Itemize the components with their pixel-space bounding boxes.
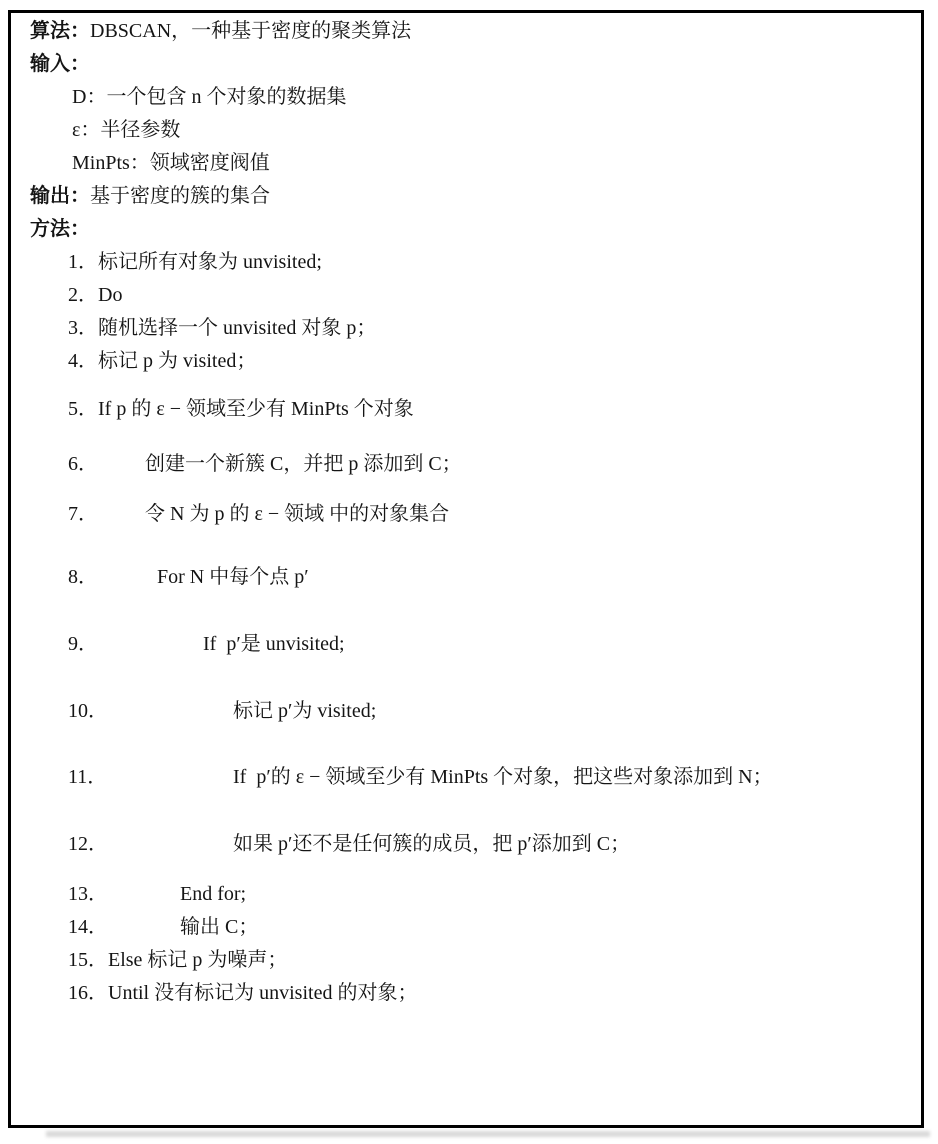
output-section: 输出：基于密度的簇的集合 bbox=[30, 180, 910, 213]
step-number: 13． bbox=[68, 878, 180, 911]
method-step-14: 14．输出 C； bbox=[30, 911, 910, 944]
method-step-6: 6．创建一个新簇 C，并把 p 添加到 C； bbox=[30, 448, 910, 481]
step-number: 1． bbox=[68, 246, 98, 279]
input-item-minpts: MinPts：领域密度阀值 bbox=[30, 147, 910, 180]
step-text: If p 的 ε − 领域至少有 MinPts 个对象 bbox=[98, 398, 414, 420]
step-text: 标记所有对象为 unvisited; bbox=[98, 251, 322, 273]
step-number: 11． bbox=[68, 761, 233, 794]
step-text: 令 N 为 p 的 ε − 领域 中的对象集合 bbox=[145, 503, 449, 525]
method-step-3: 3．随机选择一个 unvisited 对象 p； bbox=[30, 312, 910, 345]
step-text: 如果 p′还不是任何簇的成员，把 p′添加到 C； bbox=[233, 833, 630, 855]
output-label: 输出： bbox=[30, 185, 90, 207]
step-number: 5． bbox=[68, 393, 98, 426]
step-number: 6． bbox=[68, 448, 145, 481]
step-text: Do bbox=[98, 284, 122, 306]
method-section-label: 方法： bbox=[30, 213, 910, 246]
step-text: 创建一个新簇 C，并把 p 添加到 C； bbox=[145, 453, 462, 475]
method-step-5: 5．If p 的 ε − 领域至少有 MinPts 个对象 bbox=[30, 393, 910, 426]
step-number: 8． bbox=[68, 561, 157, 594]
method-step-16: 16．Until 没有标记为 unvisited 的对象； bbox=[30, 977, 910, 1010]
step-number: 10． bbox=[68, 695, 233, 728]
step-number: 12． bbox=[68, 828, 233, 861]
step-text: 标记 p 为 visited； bbox=[98, 350, 256, 372]
method-step-10: 10．标记 p′为 visited; bbox=[30, 695, 910, 728]
algorithm-title: 算法：DBSCAN，一种基于密度的聚类算法 bbox=[30, 15, 910, 48]
step-number: 3． bbox=[68, 312, 98, 345]
method-step-2: 2．Do bbox=[30, 279, 910, 312]
method-step-12: 12．如果 p′还不是任何簇的成员，把 p′添加到 C； bbox=[30, 828, 910, 861]
step-text: 输出 C； bbox=[180, 916, 258, 938]
method-step-9: 9．If p′是 unvisited; bbox=[30, 628, 910, 661]
algorithm-document: 算法：DBSCAN，一种基于密度的聚类算法 输入： D：一个包含 n 个对象的数… bbox=[30, 15, 910, 1010]
input-item-epsilon: ε：半径参数 bbox=[30, 114, 910, 147]
step-number: 16． bbox=[68, 977, 108, 1010]
method-step-15: 15．Else 标记 p 为噪声； bbox=[30, 944, 910, 977]
step-text: 随机选择一个 unvisited 对象 p； bbox=[98, 317, 376, 339]
box-bottom-shadow bbox=[46, 1131, 930, 1137]
step-text: End for; bbox=[180, 883, 246, 905]
step-text: If p′是 unvisited; bbox=[203, 633, 345, 655]
method-step-4: 4．标记 p 为 visited； bbox=[30, 345, 910, 378]
step-number: 2． bbox=[68, 279, 98, 312]
step-number: 15． bbox=[68, 944, 108, 977]
step-text: Until 没有标记为 unvisited 的对象； bbox=[108, 982, 417, 1004]
method-step-13: 13．End for; bbox=[30, 878, 910, 911]
step-number: 4． bbox=[68, 345, 98, 378]
step-text: 标记 p′为 visited; bbox=[233, 700, 376, 722]
method-step-8: 8．For N 中每个点 p′ bbox=[30, 561, 910, 594]
step-text: For N 中每个点 p′ bbox=[157, 566, 309, 588]
algorithm-title-text: DBSCAN，一种基于密度的聚类算法 bbox=[90, 20, 411, 42]
input-item-dataset: D：一个包含 n 个对象的数据集 bbox=[30, 81, 910, 114]
algorithm-title-label: 算法： bbox=[30, 20, 90, 42]
output-text: 基于密度的簇的集合 bbox=[90, 185, 270, 207]
method-step-1: 1．标记所有对象为 unvisited; bbox=[30, 246, 910, 279]
input-section-label: 输入： bbox=[30, 48, 910, 81]
step-text: If p′的 ε − 领域至少有 MinPts 个对象，把这些对象添加到 N； bbox=[233, 766, 773, 788]
step-text: Else 标记 p 为噪声； bbox=[108, 949, 287, 971]
method-step-7: 7．令 N 为 p 的 ε − 领域 中的对象集合 bbox=[30, 498, 910, 531]
step-number: 7． bbox=[68, 498, 145, 531]
method-step-11: 11．If p′的 ε − 领域至少有 MinPts 个对象，把这些对象添加到 … bbox=[30, 761, 910, 794]
step-number: 14． bbox=[68, 911, 180, 944]
step-number: 9． bbox=[68, 628, 203, 661]
